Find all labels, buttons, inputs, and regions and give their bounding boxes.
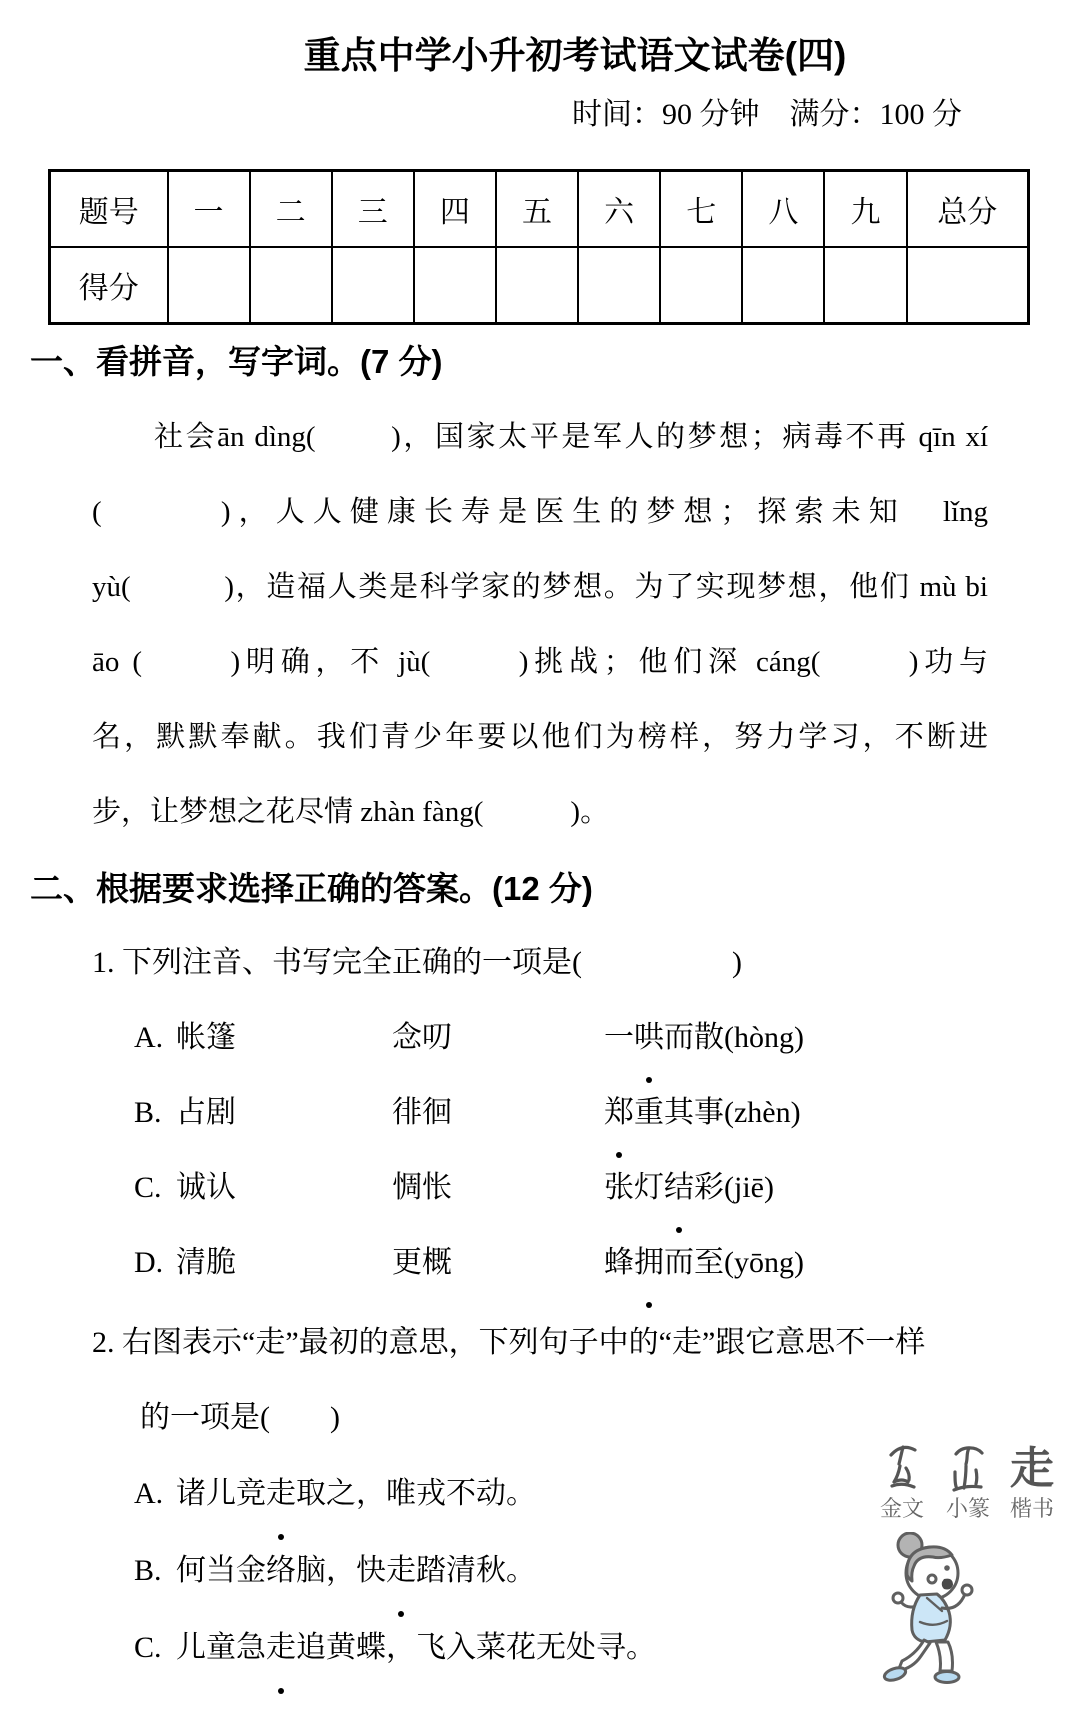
question1-stem: 1. 下列注音、书写完全正确的一项是( ) — [92, 925, 1080, 1000]
option-phrase: 一哄而散(hòng) — [604, 1021, 804, 1054]
question2-stem-line1: 2. 右图表示“走”最初的意思，下列句子中的“走”跟它意思不一样 — [92, 1305, 1002, 1380]
emphasized-char: 郑 — [604, 1075, 634, 1150]
option-label: B. — [134, 1075, 176, 1150]
xiaozhuan-glyph-icon — [944, 1442, 992, 1494]
score-cell — [414, 247, 496, 324]
paragraph-line: ( )，人人健康长寿是医生的梦想；探索未知 lǐng — [92, 475, 988, 550]
zou-character-illustration: 金文 小篆 走 楷书 — [878, 1442, 1054, 1689]
option-word2: 惆怅 — [392, 1150, 604, 1225]
option-sentence: 诸儿竞走取之，唯戎不动。 — [176, 1477, 536, 1510]
xiaozhuan-column: 小篆 — [944, 1442, 992, 1522]
score-table-header-label: 题号 — [50, 171, 168, 247]
emphasized-char: 哄 — [634, 1000, 664, 1075]
score-table-col: 总分 — [907, 171, 1029, 247]
option-word2: 更概 — [392, 1225, 604, 1300]
option-label: C. — [134, 1150, 176, 1225]
option-word1: 清脆 — [176, 1225, 392, 1300]
score-table-col: 九 — [824, 171, 906, 247]
section1-paragraph: 社会ān dìng( )，国家太平是军人的梦想；病毒不再 qīn xí ( )，… — [92, 400, 988, 850]
script-label: 小篆 — [944, 1496, 992, 1522]
score-cell — [250, 247, 332, 324]
score-cell — [496, 247, 578, 324]
section1-heading: 一、看拼音，写字词。(7 分) — [30, 339, 1080, 385]
q1-option-a: A.帐篷念叨一哄而散(hòng) — [134, 1000, 1080, 1075]
section2-heading: 二、根据要求选择正确的答案。(12 分) — [30, 866, 1080, 912]
score-table-header-row: 题号 一 二 三 四 五 六 七 八 九 总分 — [50, 171, 1029, 247]
q1-option-c: C.诚认惆怅张灯结彩(jiē) — [134, 1150, 1080, 1225]
score-cell — [578, 247, 660, 324]
score-cell — [742, 247, 824, 324]
paragraph-line: yù( )，造福人类是科学家的梦想。为了实现梦想，他们 mù bi — [92, 550, 988, 625]
score-cell — [332, 247, 414, 324]
exam-paper-page: 重点中学小升初考试语文试卷(四) 时间：90 分钟 满分：100 分 题号 一 … — [0, 0, 1080, 1717]
kaishu-column: 走 楷书 — [1010, 1444, 1054, 1522]
option-sentence: 何当金络脑，快走踏清秋。 — [176, 1554, 536, 1587]
score-cell — [660, 247, 742, 324]
score-table: 题号 一 二 三 四 五 六 七 八 九 总分 得分 — [48, 169, 1030, 325]
score-cell — [907, 247, 1029, 324]
option-word2: 徘徊 — [392, 1075, 604, 1150]
score-table-col: 二 — [250, 171, 332, 247]
script-label: 金文 — [878, 1496, 926, 1522]
option-word1: 占剧 — [176, 1075, 392, 1150]
running-child-illustration — [880, 1532, 992, 1684]
script-label: 楷书 — [1010, 1496, 1054, 1522]
score-table-col: 三 — [332, 171, 414, 247]
page-title: 重点中学小升初考试语文试卷(四) — [0, 0, 1080, 77]
score-table-row-label: 得分 — [50, 247, 168, 324]
jinwen-column: 金文 — [878, 1442, 926, 1522]
q1-option-b: B.占剧徘徊郑重其事(zhèn) — [134, 1075, 1080, 1150]
emphasized-char: 结 — [664, 1150, 694, 1225]
emphasized-char: 走 — [386, 1532, 416, 1609]
option-label: B. — [134, 1532, 176, 1609]
script-evolution-row: 金文 小篆 走 楷书 — [878, 1442, 1054, 1522]
score-table-col: 一 — [168, 171, 250, 247]
paragraph-line: 社会ān dìng( )，国家太平是军人的梦想；病毒不再 qīn xí — [92, 400, 988, 475]
option-word1: 诚认 — [176, 1150, 392, 1225]
score-table-col: 七 — [660, 171, 742, 247]
option-label: D. — [134, 1225, 176, 1300]
score-table-col: 六 — [578, 171, 660, 247]
score-table-col: 五 — [496, 171, 578, 247]
emphasized-char: 走 — [266, 1455, 296, 1532]
score-table-col: 八 — [742, 171, 824, 247]
paragraph-line: 名，默默奉献。我们青少年要以他们为榜样，努力学习，不断进 — [92, 700, 988, 775]
option-phrase: 张灯结彩(jiē) — [604, 1171, 774, 1204]
score-table-col: 四 — [414, 171, 496, 247]
option-sentence: 儿童急走追黄蝶，飞入菜花无处寻。 — [176, 1631, 656, 1664]
paragraph-line: āo ( )明确，不 jù( )挑战；他们深 cáng( )功与 — [92, 625, 988, 700]
option-label: C. — [134, 1609, 176, 1686]
kaishu-glyph: 走 — [1010, 1444, 1054, 1494]
jinwen-glyph-icon — [878, 1442, 926, 1494]
option-phrase: 郑重其事(zhèn) — [604, 1096, 801, 1129]
option-label: A. — [134, 1455, 176, 1532]
option-phrase: 蜂拥而至(yōng) — [604, 1246, 804, 1279]
score-cell — [824, 247, 906, 324]
option-label: A. — [134, 1000, 176, 1075]
score-table-score-row: 得分 — [50, 247, 1029, 324]
exam-meta: 时间：90 分钟 满分：100 分 — [0, 97, 1080, 133]
q1-option-d: D.清脆更概蜂拥而至(yōng) — [134, 1225, 1080, 1300]
score-cell — [168, 247, 250, 324]
option-word1: 帐篷 — [176, 1000, 392, 1075]
emphasized-char: 走 — [266, 1609, 296, 1686]
option-word2: 念叨 — [392, 1000, 604, 1075]
paragraph-line: 步，让梦想之花尽情 zhàn fàng( )。 — [92, 775, 988, 850]
emphasized-char: 拥 — [634, 1225, 664, 1300]
